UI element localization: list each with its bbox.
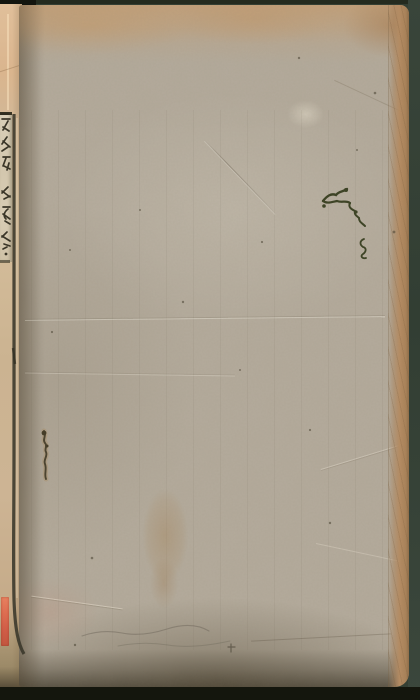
paper-grain-texture: [19, 5, 409, 687]
red-collection-label: [1, 597, 9, 646]
book-photo: Blank aged page of an antique thread-bou…: [0, 0, 420, 700]
spine-title-label: [0, 112, 12, 262]
backdrop-bottom-strip: [0, 687, 420, 700]
spine-label-foot-mark: [0, 260, 10, 263]
backdrop-top-strip: [0, 0, 420, 4]
blank-page: [19, 5, 409, 687]
backdrop-right-strip: [408, 0, 420, 700]
spine-crease: [7, 14, 9, 110]
